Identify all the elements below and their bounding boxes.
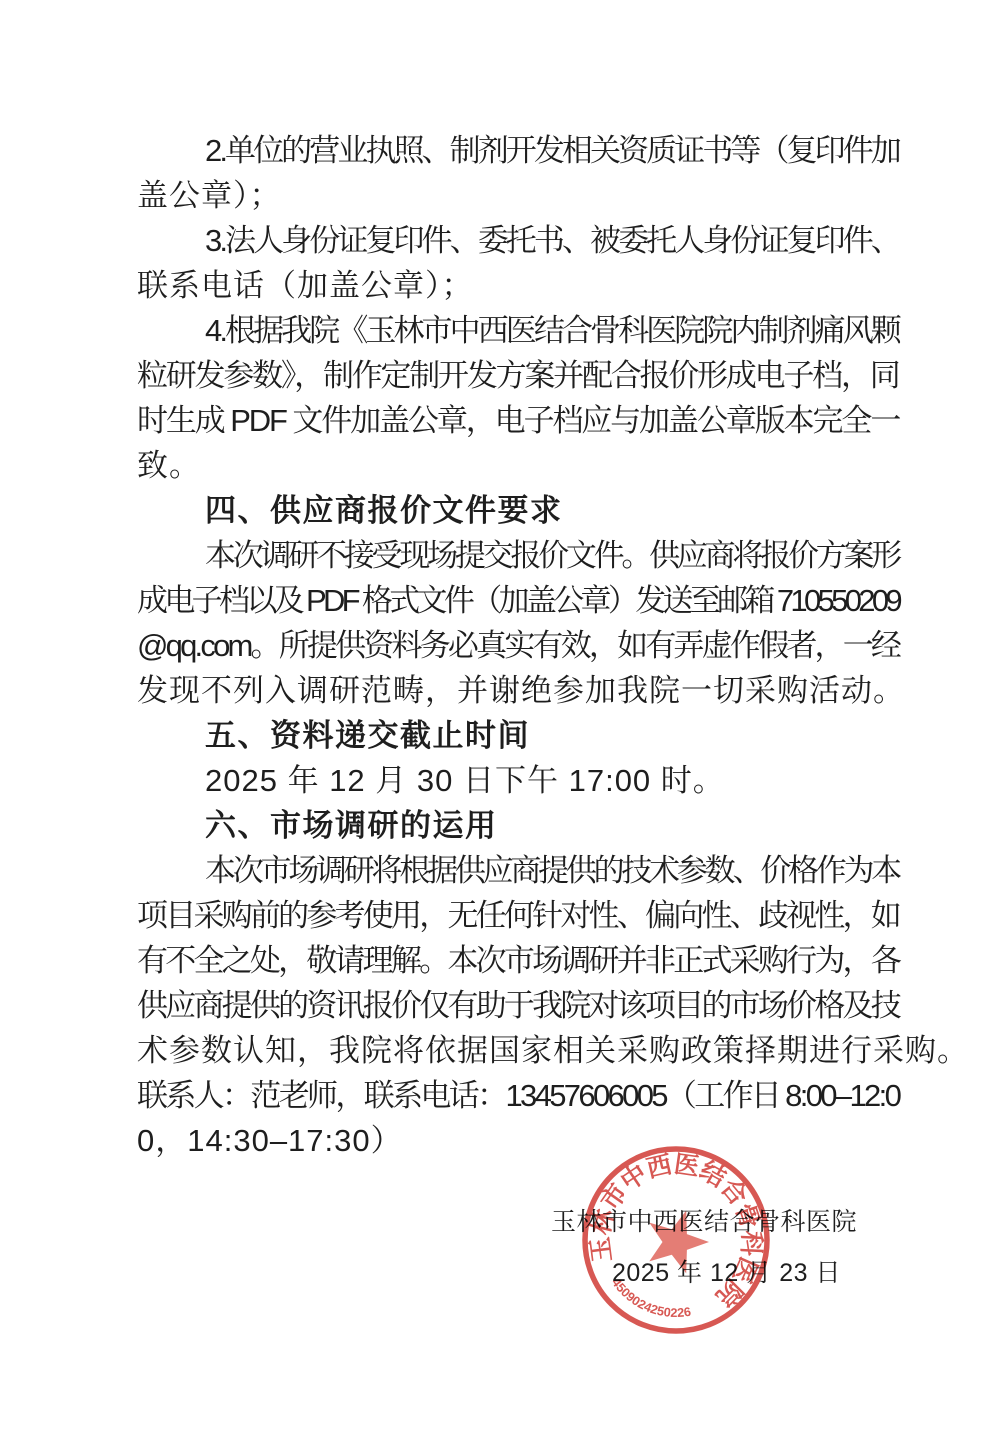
section-heading: 六、市场调研的运用 [137, 803, 899, 848]
text-line: 4.根据我院《玉林市中西医结合骨科医院院内制剂痛风颗 [137, 308, 899, 353]
section-heading: 四、供应商报价文件要求 [137, 488, 899, 533]
official-seal-stamp: 玉林市中西医结合骨科医院 4509024250226 [546, 1110, 806, 1370]
text-line: 本次市场调研将根据供应商提供的技术参数、价格作为本 [137, 848, 899, 893]
text-line: 成电子档以及 PDF 格式文件（加盖公章）发送至邮箱 710550209 [137, 578, 899, 623]
text-line: 致。 [137, 443, 899, 488]
page: { "page": { "background": "#ffffff", "te… [0, 0, 1000, 1430]
text-line: 联系电话（加盖公章）； [137, 263, 899, 308]
star-icon [649, 1211, 709, 1274]
document-page: 2.单位的营业执照、制剂开发相关资质证书等（复印件加盖公章）；3.法人身份证复印… [0, 0, 1000, 1430]
text-line: 时生成 PDF 文件加盖公章，电子档应与加盖公章版本完全一 [137, 398, 899, 443]
document-lines: 2.单位的营业执照、制剂开发相关资质证书等（复印件加盖公章）；3.法人身份证复印… [137, 128, 899, 1163]
text-line: @qq.com。所提供资料务必真实有效，如有弄虚作假者，一经 [137, 623, 899, 668]
text-line: 发现不列入调研范畴，并谢绝参加我院一切采购活动。 [137, 668, 899, 713]
text-line: 2.单位的营业执照、制剂开发相关资质证书等（复印件加 [137, 128, 899, 173]
text-line: 有不全之处，敬请理解。本次市场调研并非正式采购行为，各 [137, 938, 899, 983]
text-line: 供应商提供的资讯报价仅有助于我院对该项目的市场价格及技 [137, 983, 899, 1028]
text-line: 3.法人身份证复印件、委托书、被委托人身份证复印件、 [137, 218, 899, 263]
text-line: 术参数认知，我院将依据国家相关采购政策择期进行采购。 [137, 1028, 899, 1073]
text-line: 盖公章）； [137, 173, 899, 218]
text-line: 项目采购前的参考使用，无任何针对性、偏向性、歧视性，如 [137, 893, 899, 938]
text-line: 2025 年 12 月 30 日下午 17:00 时。 [137, 758, 899, 803]
text-line: 本次调研不接受现场提交报价文件。供应商将报价方案形 [137, 533, 899, 578]
text-line: 粒研发参数》，制作定制开发方案并配合报价形成电子档，同 [137, 353, 899, 398]
section-heading: 五、资料递交截止时间 [137, 713, 899, 758]
